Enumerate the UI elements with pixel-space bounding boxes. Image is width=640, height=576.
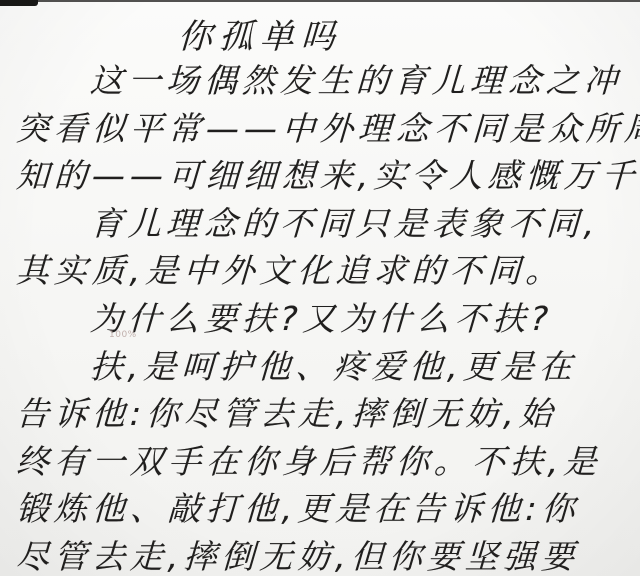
handwritten-line: 这一场偶然发生的育儿理念之冲 (89, 61, 623, 101)
handwritten-line: 终有一双手在你身后帮你。不扶,是 (15, 442, 602, 482)
handwritten-line: 知的——可细细想来,实令人感慨万千。 (15, 156, 640, 196)
handwritten-line: 为什么要扶?又为什么不扶? (89, 299, 554, 339)
page-title: 你孤单吗 (177, 16, 343, 58)
watermark-stamp: 100% (109, 330, 137, 340)
handwritten-line: 育儿理念的不同只是表象不同, (89, 204, 600, 244)
handwritten-line: 其实质,是中外文化追求的不同。 (15, 251, 564, 291)
handwritten-line: 锻炼他、敲打他,更是在告诉他:你 (15, 489, 580, 529)
handwritten-line: 告诉他:你尽管去走,摔倒无妨,始 (15, 394, 558, 434)
handwriting-page: 你孤单吗 这一场偶然发生的育儿理念之冲突看似平常——中外理念不同是众所周知的——… (0, 0, 640, 576)
handwritten-line: 尽管去走,摔倒无妨,但你要坚强要 (15, 537, 580, 576)
photo-corner-mark (0, 0, 38, 6)
photo-top-edge (0, 0, 640, 2)
handwritten-line: 突看似平常——中外理念不同是众所周 (15, 109, 640, 149)
handwritten-line: 扶,是呵护他、疼爱他,更是在 (89, 347, 578, 387)
